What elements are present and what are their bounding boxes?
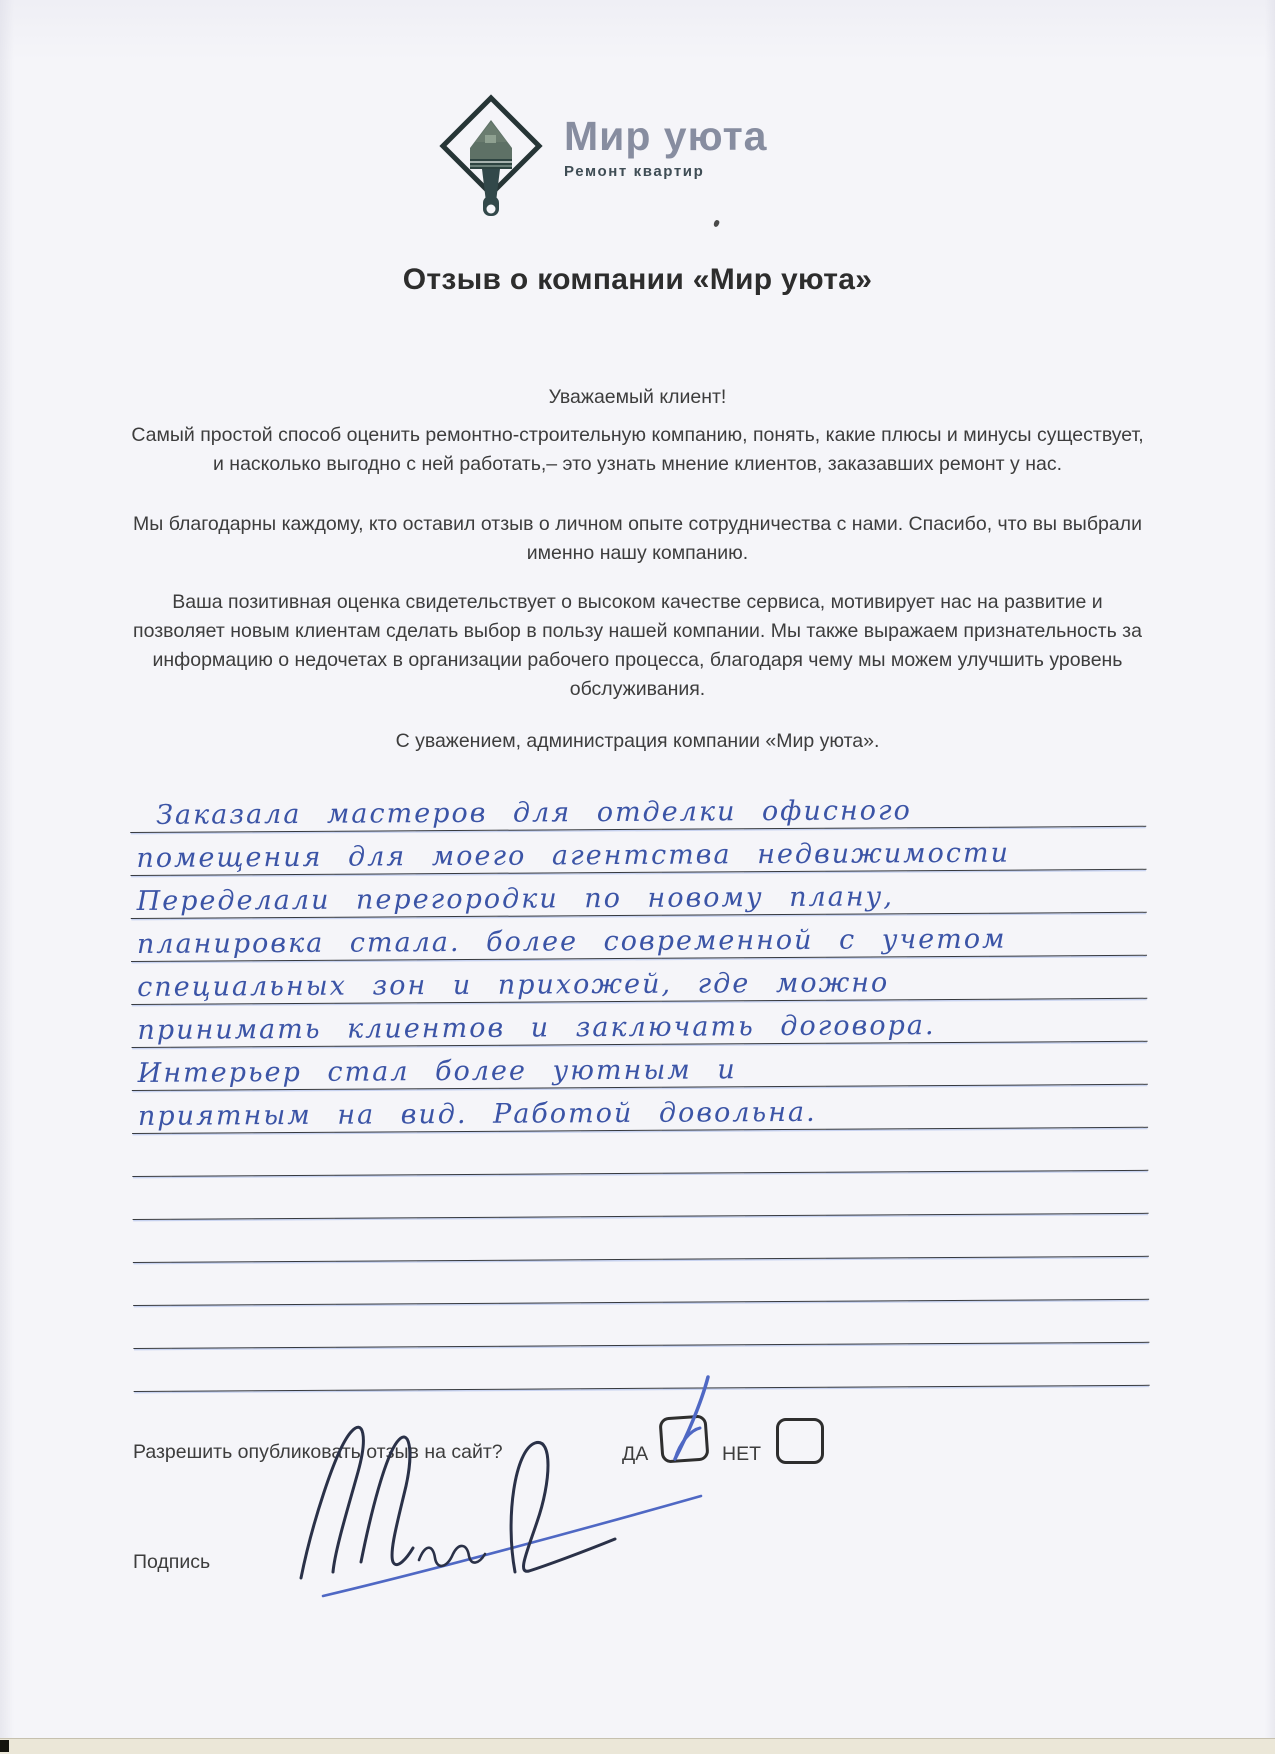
- scanned-feedback-form: { "logo": { "brand": "Мир уюта", "taglin…: [0, 0, 1275, 1754]
- greeting-line: Уважаемый клиент!: [131, 383, 1144, 412]
- review-line: [133, 1343, 1149, 1392]
- review-line: Интерьер стал более уютным и: [132, 1042, 1148, 1091]
- page-title: Отзыв о компании «Мир уюта»: [0, 263, 1275, 297]
- handwritten-signature: [283, 1410, 713, 1605]
- review-line: [133, 1257, 1149, 1306]
- review-line: Заказала мастеров для отделки офисного: [130, 784, 1146, 833]
- review-line-text: планировка стала. более современной с уч…: [137, 924, 1007, 960]
- review-line: приятным на вид. Работой довольна.: [132, 1085, 1148, 1134]
- review-line: специальных зон и прихожей, где можно: [131, 956, 1147, 1005]
- logo: Мир уюта Ремонт квартир: [430, 90, 850, 225]
- review-line-text: Заказала мастеров для отделки офисного: [156, 795, 912, 831]
- intro-paragraph-2: Мы благодарны каждому, кто оставил отзыв…: [131, 510, 1144, 568]
- review-line: планировка стала. более современной с уч…: [131, 913, 1147, 962]
- review-line-text: Интерьер стал более уютным и: [138, 1054, 737, 1089]
- paintbrush-house-diamond-icon: [430, 90, 552, 225]
- review-line-text: приятным на вид. Работой довольна.: [138, 1097, 817, 1132]
- intro-paragraph-1: Самый простой способ оценить ремонтно-ст…: [131, 421, 1144, 479]
- review-line-text: помещения для моего агентства недвижимос…: [136, 838, 1010, 874]
- review-line: [133, 1214, 1149, 1263]
- review-lines: Заказала мастеров для отделки офисногопо…: [130, 784, 1150, 1392]
- signature-label: Подпись: [133, 1551, 210, 1574]
- intro-paragraph-3: Ваша позитивная оценка свидетельствует о…: [131, 588, 1144, 704]
- review-line: помещения для моего агентства недвижимос…: [130, 827, 1146, 876]
- review-line: [133, 1300, 1149, 1349]
- brand-tagline: Ремонт квартир: [564, 163, 767, 180]
- review-line-text: Переделали перегородки по новому плану,: [137, 881, 894, 917]
- scanner-edge-strip: [0, 1738, 1275, 1754]
- review-line: [132, 1128, 1148, 1177]
- logo-text: Мир уюта Ремонт квартир: [564, 90, 767, 180]
- scanner-edge-notch: [0, 1740, 9, 1752]
- review-line-text: специальных зон и прихожей, где можно: [137, 967, 889, 1003]
- scan-speck: [713, 219, 720, 227]
- closing-line: С уважением, администрация компании «Мир…: [131, 727, 1144, 756]
- review-line: принимать клиентов и заключать договора.: [131, 999, 1147, 1048]
- review-line: Переделали перегородки по новому плану,: [131, 870, 1147, 919]
- publish-no-checkbox[interactable]: [776, 1418, 824, 1464]
- brand-name: Мир уюта: [564, 116, 767, 157]
- review-line-text: принимать клиентов и заключать договора.: [137, 1010, 935, 1046]
- review-line: [132, 1171, 1148, 1220]
- publish-no-label: НЕТ: [722, 1443, 761, 1466]
